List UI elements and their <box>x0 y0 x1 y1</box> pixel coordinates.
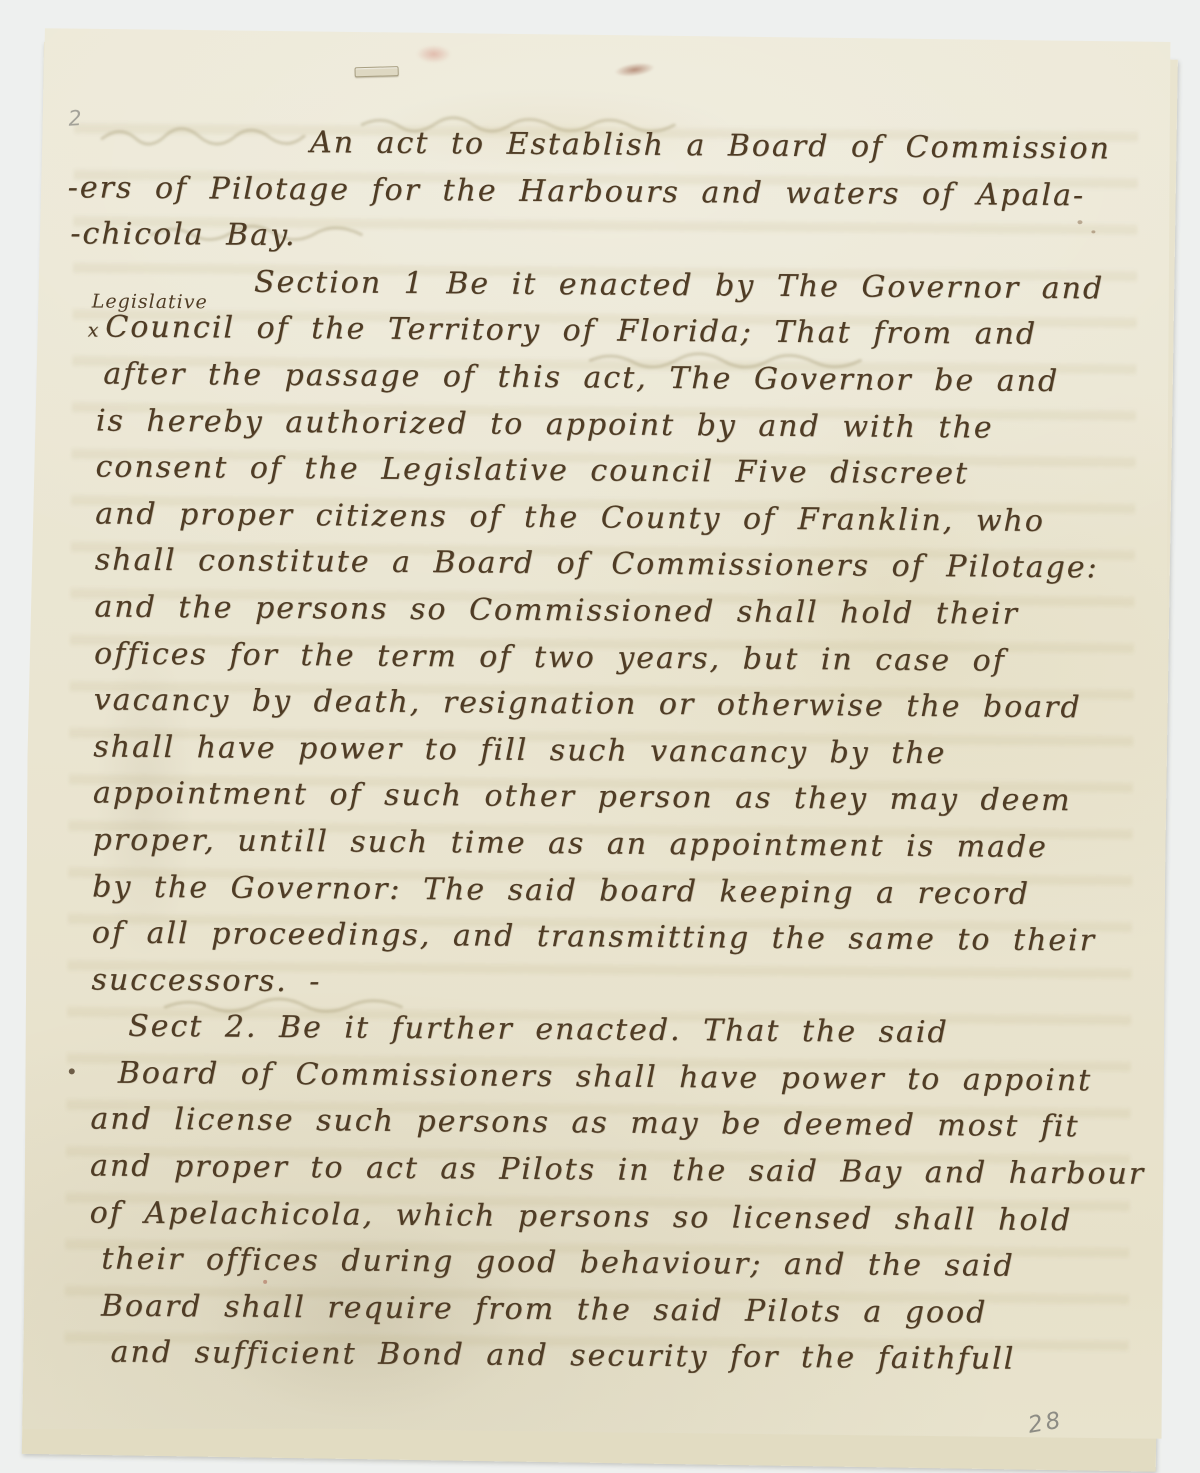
manuscript-line: and proper to act as Pilots in the said … <box>90 1144 1142 1199</box>
manuscript-line: successors. - <box>91 957 1143 1012</box>
manuscript-line: shall constitute a Board of Commissioner… <box>95 538 1147 593</box>
manuscript-line: and proper citizens of the County of Fra… <box>95 491 1147 546</box>
document-scan: 2 28 Legislative An act to Establish a B… <box>0 0 1200 1473</box>
manuscript-text-block: Legislative An act to Establish a Board … <box>55 118 1150 1385</box>
manuscript-line: xCouncil of the Territory of Florida; Th… <box>87 305 1148 360</box>
manuscript-line: Board shall require from the said Pilots… <box>101 1283 1141 1338</box>
title-line: An act to Establish a Board of Commissio… <box>310 120 1150 173</box>
staple-slit-mark <box>355 66 399 77</box>
manuscript-line: Sect 2. Be it further enacted. That the … <box>128 1004 1143 1059</box>
manuscript-line-text: Council of the Territory of Florida; Tha… <box>105 310 1037 352</box>
manuscript-line: and license such persons as may be deeme… <box>90 1097 1142 1152</box>
manuscript-line: of Apelachicola, which persons so licens… <box>89 1190 1141 1245</box>
manuscript-line: their offices during good behaviour; and… <box>101 1237 1141 1292</box>
manuscript-line: Board of Commissioners shall have power … <box>118 1051 1143 1106</box>
manuscript-line: and the persons so Commissioned shall ho… <box>94 584 1146 639</box>
title-line: -chicola Bay. <box>70 211 1149 266</box>
manuscript-line: and sufficient Bond and security for the… <box>110 1330 1140 1385</box>
title-line: -ers of Pilotage for the Harbours and wa… <box>68 165 1150 220</box>
manuscript-line: Section 1 Be it enacted by The Governor … <box>254 260 1149 314</box>
pink-stain <box>409 41 459 67</box>
manuscript-line: of all proceedings, and transmitting the… <box>92 911 1144 966</box>
manuscript-line: is hereby authorized to appoint by and w… <box>96 398 1148 453</box>
manuscript-line: proper, untill such time as an appointme… <box>92 817 1144 872</box>
manuscript-line: offices for the term of two years, but i… <box>94 631 1146 686</box>
manuscript-line: shall have power to fill such vancancy b… <box>93 724 1145 779</box>
manuscript-line: by the Governor: The said board keeping … <box>92 864 1144 919</box>
interline-insertion: Legislative <box>92 290 208 313</box>
manuscript-line: consent of the Legislative council Five … <box>95 445 1147 500</box>
manuscript-page: 2 28 Legislative An act to Establish a B… <box>22 26 1173 1441</box>
manuscript-line: vacancy by death, resignation or otherwi… <box>94 678 1146 733</box>
manuscript-line: appointment of such other person as they… <box>93 771 1145 826</box>
manuscript-line: after the passage of this act, The Gover… <box>103 352 1148 407</box>
insertion-caret: x <box>88 320 99 342</box>
